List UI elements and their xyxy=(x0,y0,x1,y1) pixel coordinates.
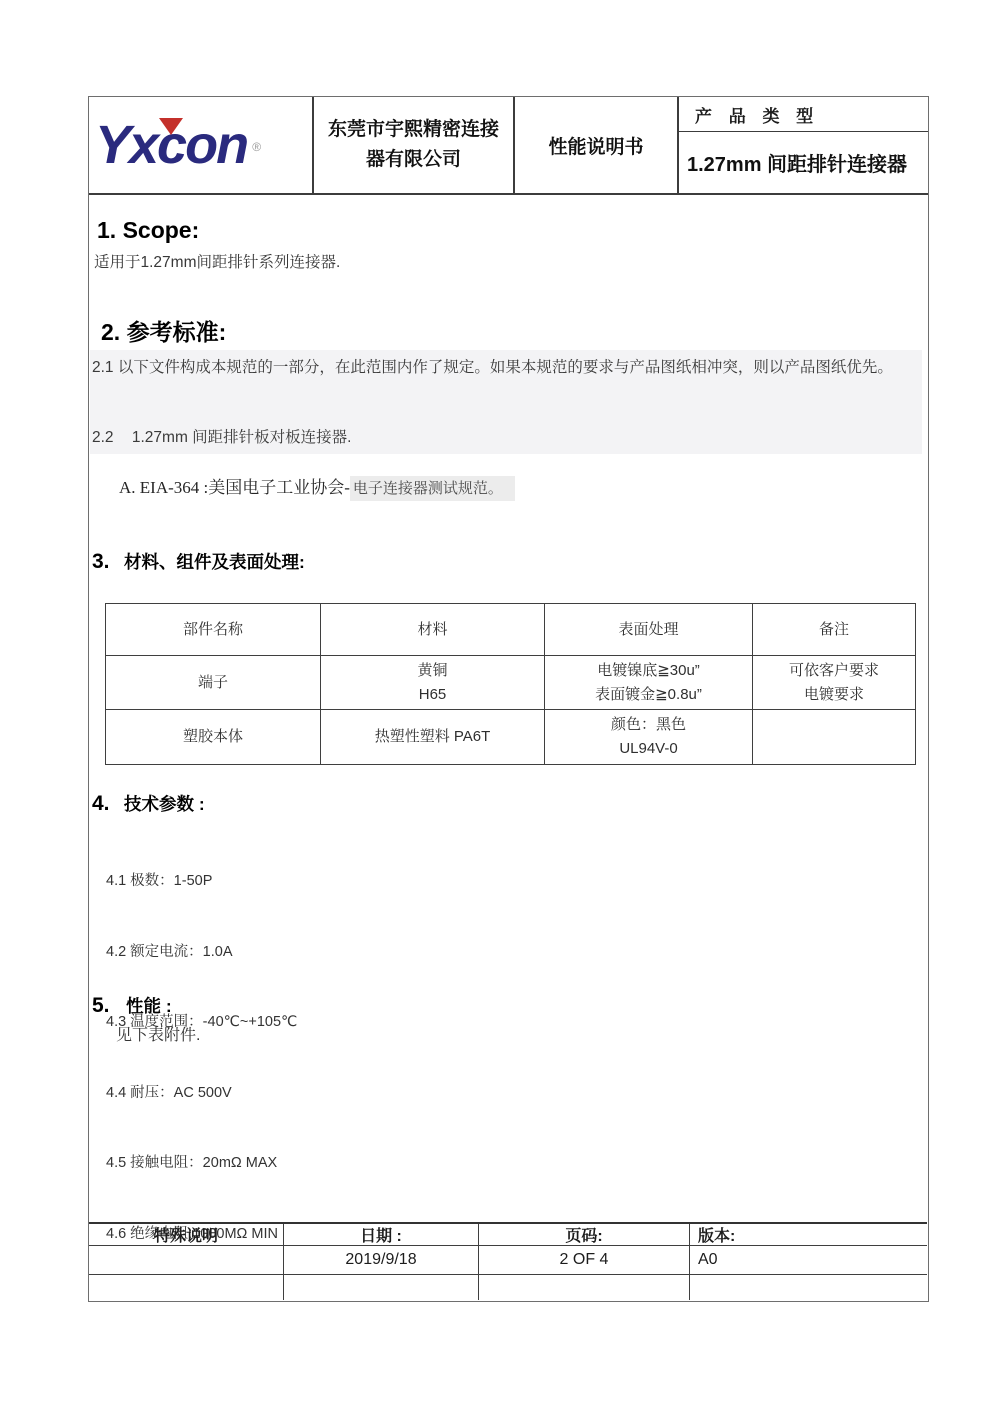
section4-heading: 技术参数 : xyxy=(124,794,205,814)
footer-page-value: 2 OF 4 xyxy=(479,1246,690,1275)
terminal-material-line1: 黄铜 xyxy=(417,659,447,683)
footer-header-date: 日期 : xyxy=(284,1224,479,1246)
section5-body: 见下表附件. xyxy=(116,1022,200,1045)
item-2-2-number: 2.2 xyxy=(92,429,114,446)
footer-header-page: 页码: xyxy=(479,1224,690,1246)
table-row-terminal-material: 黄铜 H65 xyxy=(321,656,545,710)
footer-date-value: 2019/9/18 xyxy=(284,1246,479,1275)
footer-empty-cell xyxy=(284,1275,479,1300)
housing-surface-line1: 颜色：黑色 xyxy=(611,713,686,737)
materials-header-material: 材料 xyxy=(321,604,545,656)
tech-param-item: 4.5 接触电阻：20mΩ MAX xyxy=(106,1152,297,1176)
company-name-line1: 东莞市宇熙精密连接 xyxy=(328,115,499,145)
header-table: Yxcon ® 东莞市宇熙精密连接 器有限公司 性能说明书 产 品 类 型 1.… xyxy=(89,97,928,195)
registered-trademark-icon: ® xyxy=(252,115,261,179)
product-type-cell: 产 品 类 型 1.27mm 间距排针连接器 xyxy=(679,97,928,193)
footer-empty-cell xyxy=(479,1275,690,1300)
section4-number: 4. xyxy=(92,792,110,815)
footer-special-notes-value xyxy=(89,1246,284,1275)
section2-reference-a: A. EIA-364 :美国电子工业协会-电子连接器测试规范。 xyxy=(119,473,515,498)
terminal-material-line2: H65 xyxy=(419,683,447,707)
footer-table: 特殊说明 日期 : 页码: 版本: 2019/9/18 2 OF 4 A0 xyxy=(89,1222,927,1300)
footer-empty-cell xyxy=(89,1275,284,1300)
section3-heading: 材料、组件及表面处理: xyxy=(124,552,305,572)
terminal-surface-line2: 表面镀金≧0.8u” xyxy=(595,683,702,707)
reference-a-highlighted: 电子连接器测试规范。 xyxy=(350,476,515,501)
product-type-label: 产 品 类 型 xyxy=(679,97,928,132)
terminal-note-line2: 电镀要求 xyxy=(804,683,864,707)
reference-a-prefix: A. EIA-364 :美国电子工业协会- xyxy=(119,478,350,497)
footer-version-value: A0 xyxy=(690,1246,927,1275)
logo-triangle-icon xyxy=(159,118,183,135)
section5-number: 5. xyxy=(92,994,110,1017)
terminal-surface-line1: 电镀镍底≧30u” xyxy=(597,659,700,683)
section3-title: 3. 材料、组件及表面处理: xyxy=(92,549,305,574)
section5-heading: 性能 : xyxy=(126,996,172,1016)
table-row-terminal-part: 端子 xyxy=(106,656,321,710)
section2-item-2-1: 2.1 以下文件构成本规范的一部分，在此范围内作了规定。如果本规范的要求与产品图… xyxy=(92,349,925,387)
section4-title: 4. 技术参数 : xyxy=(92,791,205,816)
materials-table: 部件名称 材料 表面处理 备注 端子 黄铜 H65 电镀镍底≧30u” 表面镀金… xyxy=(105,603,916,765)
footer-header-version: 版本: xyxy=(690,1224,927,1246)
housing-surface-line2: UL94V-0 xyxy=(619,737,677,761)
section3-number: 3. xyxy=(92,550,110,573)
product-type-value: 1.27mm 间距排针连接器 xyxy=(679,132,928,193)
materials-header-part: 部件名称 xyxy=(106,604,321,656)
tech-param-item: 4.2 额定电流：1.0A xyxy=(106,941,297,965)
section5-title: 5. 性能 : xyxy=(92,993,172,1018)
tech-param-item: 4.4 耐压：AC 500V xyxy=(106,1082,297,1106)
item-2-2-text: 1.27mm 间距排针板对板连接器. xyxy=(132,429,352,446)
table-row-terminal-surface: 电镀镍底≧30u” 表面镀金≧0.8u” xyxy=(545,656,753,710)
company-name-cell: 东莞市宇熙精密连接 器有限公司 xyxy=(314,97,515,193)
table-row-housing-material: 热塑性塑料 PA6T xyxy=(321,710,545,764)
table-row-housing-part: 塑胶本体 xyxy=(106,710,321,764)
footer-empty-cell xyxy=(690,1275,927,1300)
doc-type-cell: 性能说明书 xyxy=(515,97,679,193)
company-logo: Yxcon ® xyxy=(95,113,247,177)
section1-title: 1. Scope: xyxy=(97,217,199,244)
materials-header-surface: 表面处理 xyxy=(545,604,753,656)
footer-header-special-notes: 特殊说明 xyxy=(89,1224,284,1246)
table-row-housing-surface: 颜色：黑色 UL94V-0 xyxy=(545,710,753,764)
table-row-terminal-note: 可依客户要求 电镀要求 xyxy=(753,656,915,710)
company-name-line2: 器有限公司 xyxy=(366,145,461,175)
terminal-note-line1: 可依客户要求 xyxy=(789,659,879,683)
section2-title: 2. 参考标准: xyxy=(101,314,226,347)
table-row-housing-note xyxy=(753,710,915,764)
tech-param-item: 4.1 极数：1-50P xyxy=(106,870,297,894)
doc-type: 性能说明书 xyxy=(548,132,643,159)
materials-header-note: 备注 xyxy=(753,604,915,656)
section1-body: 适用于1.27mm间距排针系列连接器. xyxy=(94,250,340,272)
logo-cell: Yxcon ® xyxy=(89,97,314,193)
section2-item-2-2: 2.2 1.27mm 间距排针板对板连接器. xyxy=(92,419,351,457)
document-page: Yxcon ® 东莞市宇熙精密连接 器有限公司 性能说明书 产 品 类 型 1.… xyxy=(88,96,929,1302)
